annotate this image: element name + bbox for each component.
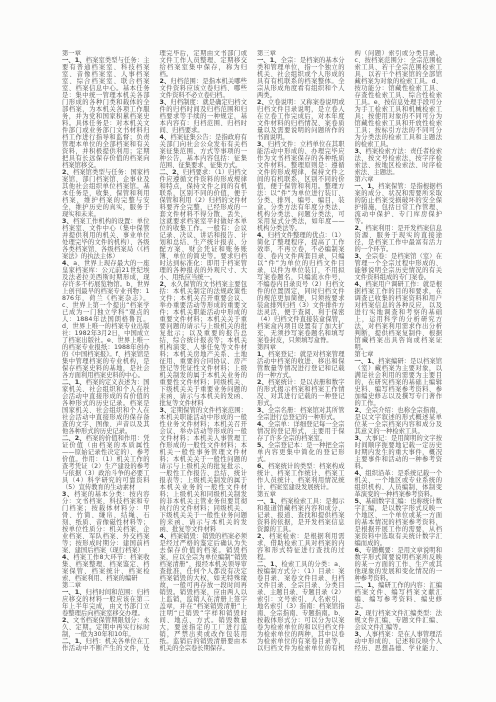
chapter-heading: 第六章 — [355, 176, 443, 183]
note-item: 2、全宗介绍：也称全宗指南，是以文字叙述的形式概述某单位某一全宗档案内容和成分及… — [355, 407, 443, 435]
chapter-heading: 第一章 — [62, 50, 150, 57]
item-marker: 4、 — [62, 554, 73, 561]
item-marker: 3、 — [355, 253, 366, 260]
item-marker: 6、 — [257, 463, 268, 470]
note-item: 2、现行档案文件汇编类型：法规文件汇编、专题文件汇编、会议文件汇编等。 — [355, 610, 443, 631]
note-item: 一、1、归档时间和范围：归档应移交的材料一般应该在第二年上半年完成，由文书部门立… — [62, 589, 150, 617]
item-marker: 二、1、 — [62, 379, 86, 386]
note-item: 3、定期保管的文件档案范围：本机关职能活动中形成的一般性业务文件材料；本机关召开… — [160, 407, 248, 533]
item-marker: 4、 — [257, 421, 268, 428]
item-marker: 3、 — [355, 631, 366, 638]
item-marker: 2、 — [355, 225, 366, 232]
note-item: 一、1、全宗：是档案的基本分类和管理单位，指一个独立的机关、社会组织或个人形成的… — [257, 57, 345, 99]
item-marker: 一、1、 — [257, 57, 281, 64]
note-item: 3、大事记：是用简明的文字按时间顺序扼要地记载一定历史时期内发生的重大事件，概况… — [355, 435, 443, 470]
scanned-notes-page: 第一章一、1、档案室类型与任务：主要有普通档案室、科技档案室、音像档案室、人事档… — [0, 0, 496, 702]
item-marker: 一、1、 — [257, 498, 281, 505]
item-marker: 3、 — [160, 99, 171, 106]
note-item: 2、档案利用：是开发档案信息资源、服务于现实的直接途径，是档案工作中最富有活力的… — [355, 225, 443, 253]
item-marker: 3、 — [257, 141, 268, 148]
item-marker: 二、2、 — [160, 169, 183, 176]
note-item: 3、归档文件：立档单位在其职能活动中形成的、办理完毕应作为文书档案保存的各种纸质… — [257, 141, 345, 232]
note-item: 4、a、世界上现存最大的一座皇家档案库：公元前21世纪埃及法老拉美西斯时期形成，… — [62, 260, 150, 379]
note-item: 3、归档制度：就是确定归档文件的归档时间及归档范围和归档要求等手续的一种规定，基… — [160, 99, 248, 134]
note-item: 5、基础数字汇编：也称统计数字汇编，是以数字形式反映一个地区、一个单位或某一方面… — [355, 498, 443, 547]
item-marker: 6、 — [355, 547, 366, 554]
item-marker: 5、 — [257, 442, 268, 449]
note-item: 2、归档范围：是指本机关哪些文件资料应该立卷归档、哪些文件资料不必立卷归档。 — [160, 78, 248, 99]
item-marker: 一、1、 — [62, 589, 86, 596]
note-item: 4、组织沿革：是系统记载一个机关、一个地区或专业系统的组织机构、人员编制、体制变… — [355, 470, 443, 498]
item-marker: 4、 — [160, 134, 171, 141]
note-item: 4、档案销毁：销毁的档案必须是经过严格的鉴定后确认为失去保存价值的档案。销毁档案… — [160, 533, 248, 652]
note-item: 2、档案馆类型与任务：国家档案馆、部门档案馆、企事业及其他社会组织单位档案馆。基… — [62, 169, 150, 218]
note-item: 2、档案检索：是根据利用需求，借助检索工具对档案的内容和形式特征进行查找的过程。 — [257, 533, 345, 561]
item-marker: 二、1、 — [355, 582, 379, 589]
note-item: 一、1、档案室类型与任务：主要有普通档案室、科技档案室、音像档案室、人事档案室、… — [62, 57, 150, 169]
chapter-heading: 第二章 — [62, 582, 150, 589]
note-item: 4、档案征集公告：是指政府有关部门向社会公众发布有关档案征集范围、方式等事项的一… — [160, 134, 248, 169]
chapter-heading: 第七章 — [355, 351, 443, 358]
notes-text-flow: 第一章一、1、档案室类型与任务：主要有普通档案室、科技档案室、音像档案室、人事档… — [62, 50, 442, 656]
item-marker: 2、 — [257, 379, 268, 386]
note-item: 二、1、档案的定义表述为：国家机关、社会组织和个人在社会活动中直接形成的有价值的… — [62, 379, 150, 435]
note-item: 一、1、档案保管：是指根据档案的成分、状况和需要所采取的防止档案受损破坏的安全保… — [355, 183, 443, 225]
note-item: 1、档案登记：就是对档案管理活动中档案的收进、移出和保管数量等情况进行登记和记载… — [257, 351, 345, 379]
item-marker: 2、 — [355, 407, 366, 414]
note-item: 4、归档文件整理的优点：（1）简化了整理程序，提高了工作效率，不再立卷，不必编制… — [257, 232, 345, 344]
note-item: 2、档案统计：是以表册和数字的形式揭示档案和档案工作情况、对其进行记载的一种登记… — [257, 379, 345, 407]
chapter-heading: 第三章 — [257, 50, 345, 57]
item-marker: 3、 — [355, 435, 366, 442]
item-marker: 4、 — [257, 232, 268, 239]
item-marker: 3、 — [257, 407, 268, 414]
item-marker: 2、 — [257, 533, 269, 540]
item-marker: 2、 — [160, 281, 171, 288]
note-item: 6、档案统计的类型：档案构成统计、档案工作统计、档案工作人员统计、档案利用情况统… — [257, 463, 345, 491]
item-marker: 1、 — [257, 351, 268, 358]
item-marker: 3、 — [355, 148, 366, 155]
note-item: 3、全宗卷：是档案馆（室）在管理一个全宗过程中形成的、能够说明全宗历史情况的有关… — [355, 253, 443, 281]
item-marker: 4、 — [355, 470, 366, 477]
item-marker: 5、 — [355, 498, 366, 505]
item-marker: 2、 — [355, 610, 366, 617]
item-marker: 二、1、 — [62, 638, 86, 645]
note-item: 4、档案用户调研工作：就是根据档案工作的目的和要求，在调查已收集的档案资料和用户… — [355, 281, 443, 351]
item-marker: 2、 — [160, 78, 171, 85]
item-marker: 一、1、 — [355, 183, 379, 190]
note-item: 3、档案检索方法：责任者检索法、按文号检索法、按字序检索法、按地区检索法、时序检… — [355, 148, 443, 176]
note-item: 3、档案工作机构的设置：单位档案室、文件中心（集中保管并提供利用的机关、事业单位… — [62, 218, 150, 260]
note-item: 4、档案工作8大环节：档案收集、档案整理、档案鉴定、档案保管、档案统计、档案检索… — [62, 554, 150, 582]
note-item: 二、2、归档要求：（1）归档文件应遵循文件资料的形成规律和特点，保持文件之间的有… — [160, 169, 248, 281]
note-item: 一、1、档案检索工具：是揭示和报道馆藏档案内容和成分、记录、报道、查找和提供档案… — [257, 498, 345, 533]
note-item: 2、永久保管的文书档案主要包括：本机关制定的法规政策性文件；本机关召开重要会议、… — [160, 281, 248, 407]
item-marker: 4、 — [62, 260, 73, 267]
note-item: 4、全宗单：详细登记每一全宗情况的登记形式，主要用于保存了许多全宗的档案室。 — [257, 421, 345, 442]
item-marker: 2、 — [62, 169, 73, 176]
item-marker: 4、 — [160, 533, 171, 540]
item-marker: 一、1、 — [62, 57, 86, 64]
note-item: 3、全宗名册：档案馆对其所管全宗进行总登记的一种形式。 — [257, 407, 345, 421]
item-marker: 2、 — [62, 617, 73, 624]
item-marker: 3、 — [62, 218, 73, 225]
item-marker: 3、 — [160, 407, 171, 414]
chapter-heading: 第四章 — [257, 344, 345, 351]
item-marker: 2、 — [257, 99, 268, 106]
note-item: 2、文书档案保管期限划分：永久、定期。定期中再实行标时制，一般为30年和10年。 — [62, 617, 150, 638]
note-item: 一、1、档案编研：是以档案馆（室）藏档案为主要对象，以满足社会利用的需要为主要目… — [355, 358, 443, 407]
chapter-heading: 第五章 — [257, 491, 345, 498]
note-item: 二、1、编研工作的内容：汇编档案文件、编写档案文献汇编、编写参考资料、编史修志。 — [355, 582, 443, 610]
item-marker: 一、1、 — [355, 358, 379, 365]
item-marker: 3、 — [62, 491, 74, 498]
item-marker: 二、1、 — [257, 561, 281, 568]
item-marker: 4、 — [355, 281, 366, 288]
note-item: 2、立卷说明：又称案卷说明或归档文件目录说明，是立卷人在立卷工作完成后，对本年度… — [257, 99, 345, 141]
note-item: 3、档案的基本分类：按内容分：文书档案、科技档案和专门档案；按载体材料分：甲骨、… — [62, 491, 150, 554]
note-item: 二、2、档案的价值和作用：凭证价值（由档案的本质属性——原始记录性决定的）、参考… — [62, 435, 150, 491]
note-item: 6、专题概要：是用文章说明和数字形式简要说明档案所反映的某一方面的工作、生产或其… — [355, 547, 443, 582]
note-item: 5、全宗登记本：是一种把全宗单内容更集中简化的登记形式。 — [257, 442, 345, 463]
item-marker: 二、2、 — [62, 435, 86, 442]
